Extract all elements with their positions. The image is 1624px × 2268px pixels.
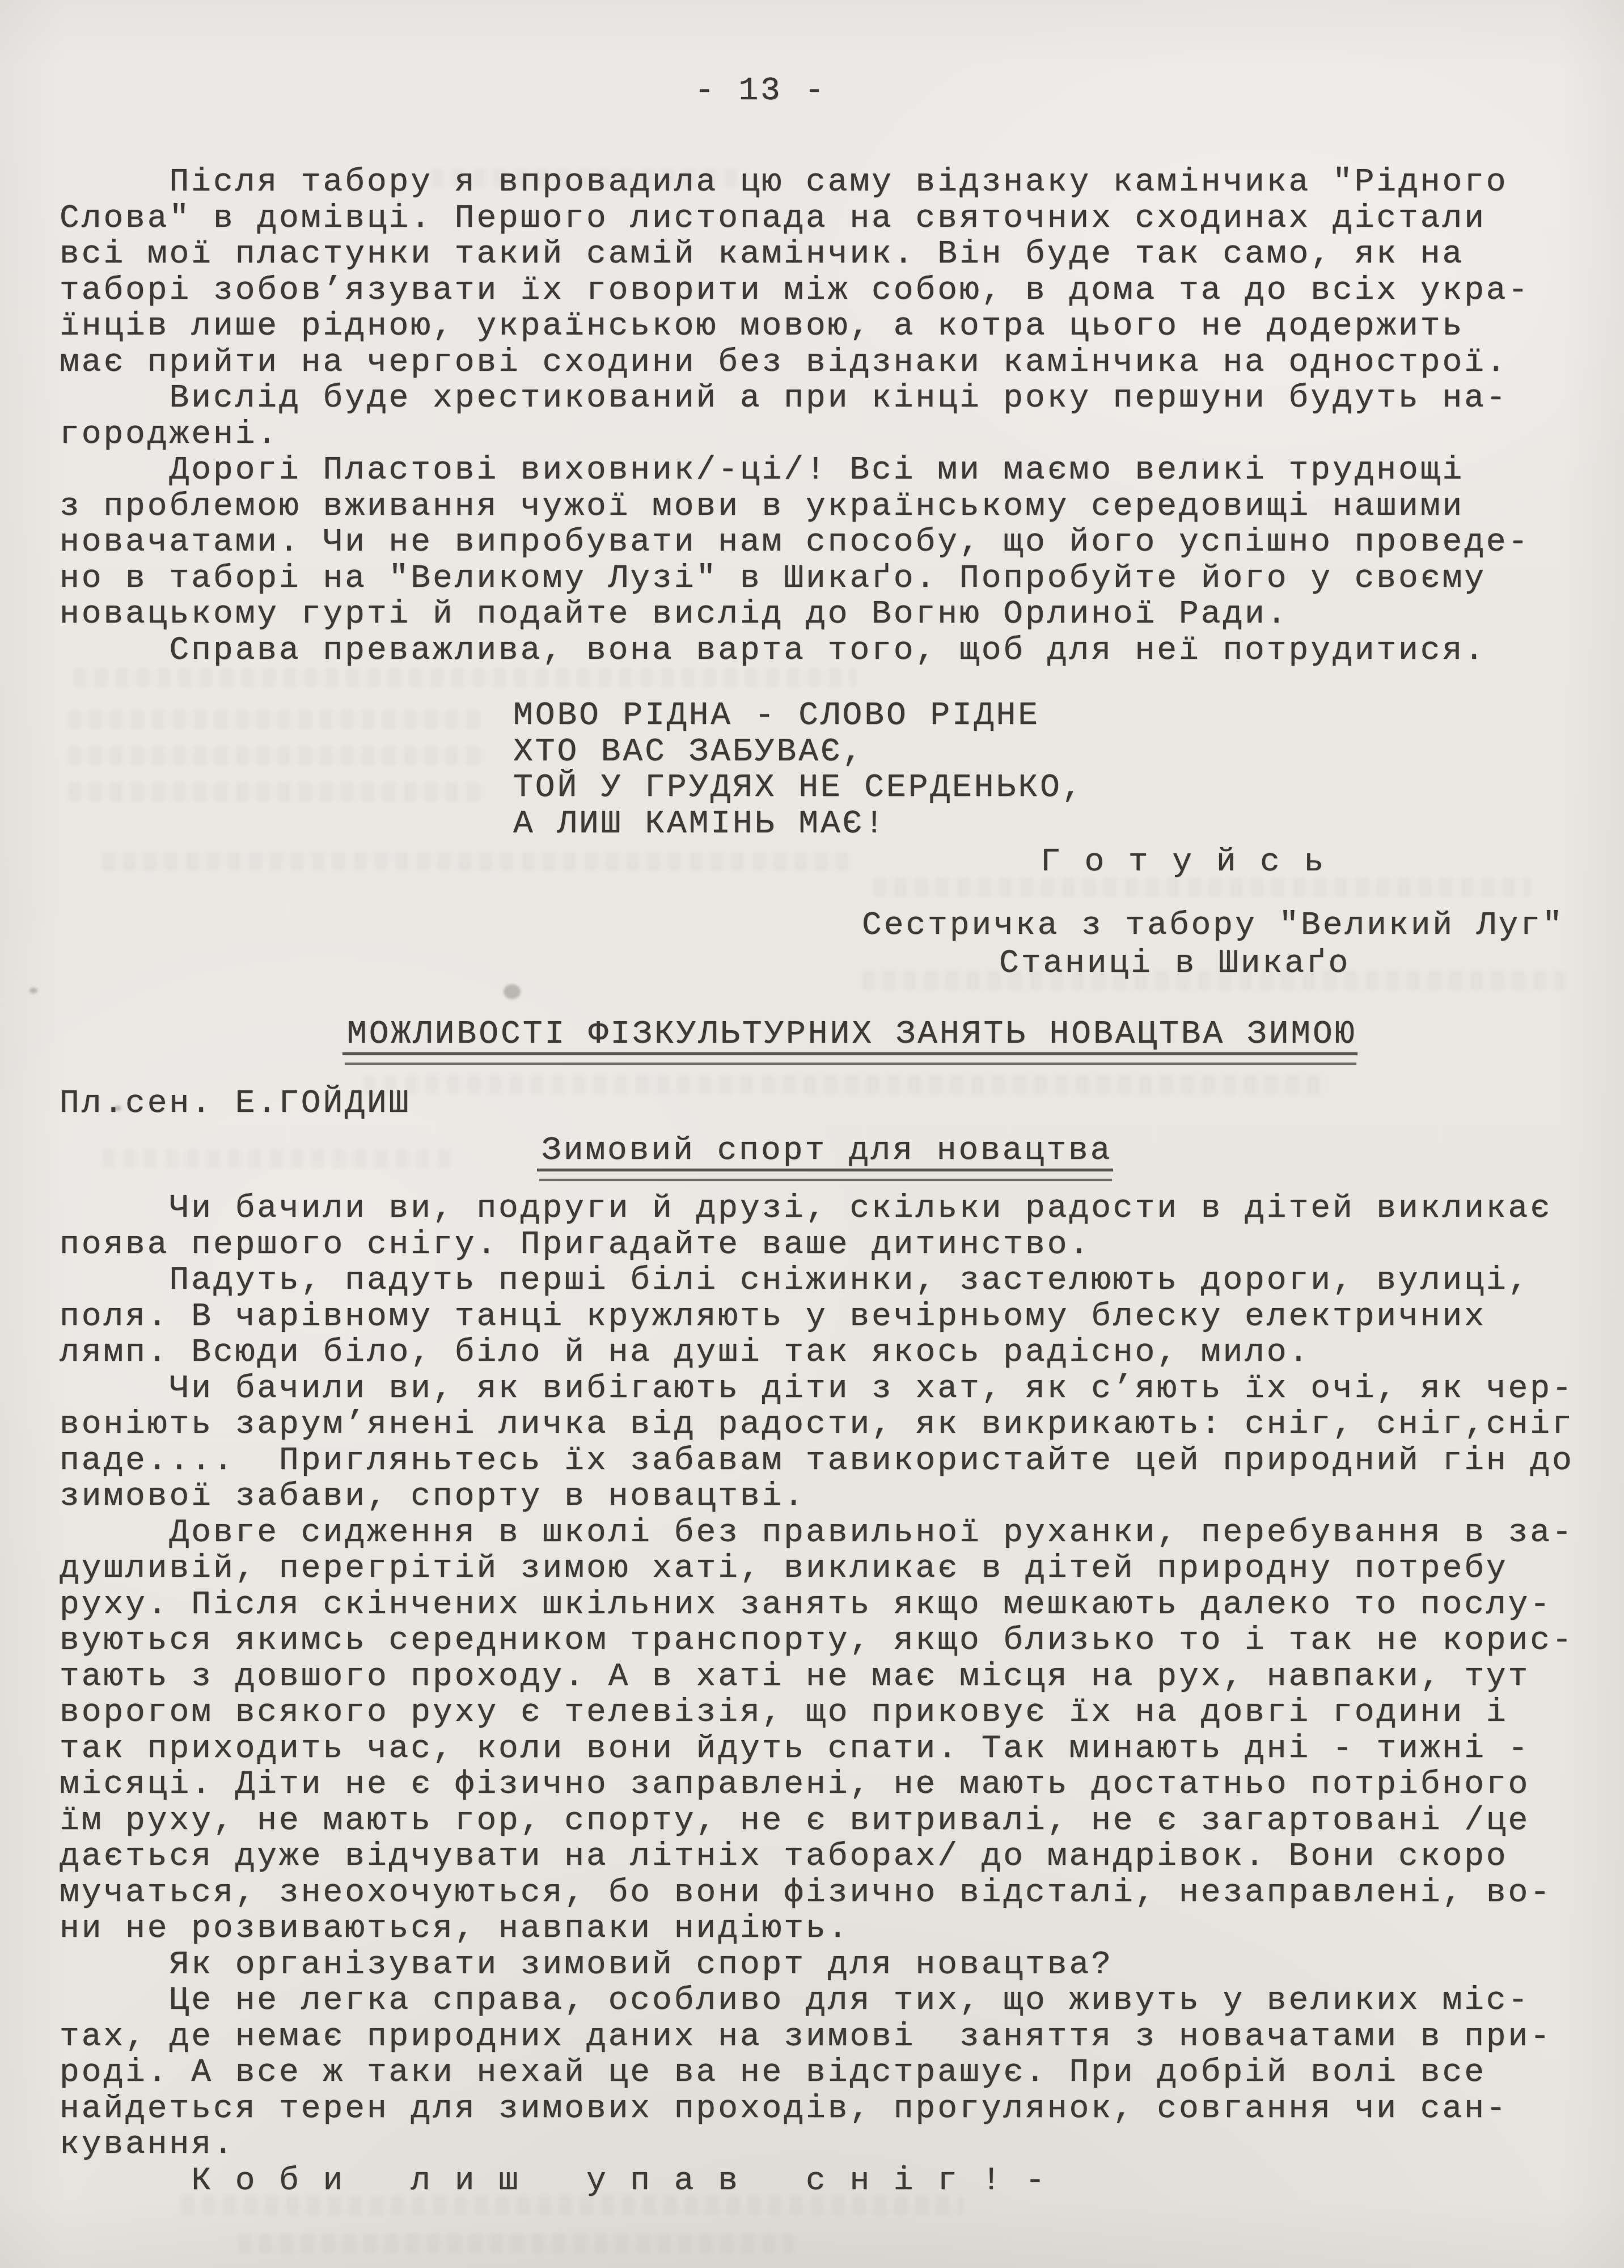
text-line: Слова" в домівці. Першого листопада на с… bbox=[60, 201, 1530, 237]
text-line: Падуть, падуть перші білі сніжинки, заст… bbox=[60, 1263, 1574, 1299]
text-line: має прийти на чергові сходини без відзна… bbox=[60, 345, 1530, 381]
text-line: Як організувати зимовий спорт для новацт… bbox=[60, 1947, 1574, 1983]
text-line: К о б и л и ш у п а в с н і г ! - bbox=[60, 2163, 1574, 2199]
text-line: но в таборі на "Великому Лузі" в Шикаґо.… bbox=[60, 561, 1530, 597]
text-line: вуються якимсь середником транспорту, як… bbox=[60, 1623, 1574, 1659]
ghost-bleed-smudge bbox=[363, 1075, 1327, 1094]
text-line: Дорогі Пластові виховник/-ці/! Всі ми ма… bbox=[60, 452, 1530, 489]
text-line: душливій, перегрітій зимою хаті, виклика… bbox=[60, 1551, 1574, 1587]
text-line: МОВО РІДНА - СЛОВО РІДНЕ bbox=[513, 698, 1084, 734]
text-line: ворогом всякого руху є телевізія, що при… bbox=[60, 1695, 1574, 1731]
text-line: таборі зобов’язувати їх говорити між соб… bbox=[60, 273, 1530, 309]
text-line: місяці. Діти не є фізично заправлені, не… bbox=[60, 1767, 1574, 1803]
text-line: Вислід буде хрестикований а при кінці ро… bbox=[60, 380, 1530, 417]
text-line: лямп. Всюди біло, біло й на душі так яко… bbox=[60, 1335, 1574, 1371]
text-line: роді. А все ж таки нехай це ва не відстр… bbox=[60, 2055, 1574, 2091]
ghost-bleed-smudge bbox=[102, 852, 851, 871]
body-block-1: Після табору я впровадила цю саму відзна… bbox=[60, 164, 1530, 668]
text-line: поява першого снігу. Пригадайте ваше дит… bbox=[60, 1227, 1574, 1263]
text-line: ТОЙ У ГРУДЯХ НЕ СЕРДЕНЬКО, bbox=[513, 770, 1084, 806]
ghost-bleed-smudge bbox=[68, 782, 488, 802]
text-line: тах, де немає природних даних на зимові … bbox=[60, 2019, 1574, 2055]
text-line: ни не розвиваються, навпаки нидіють. bbox=[60, 1911, 1574, 1947]
text-line: ХТО ВАС ЗАБУВАЄ, bbox=[513, 734, 1084, 771]
body-block-2: Чи бачили ви, подруги й друзі, скільки р… bbox=[60, 1191, 1574, 2199]
document-page: - 13 - Після табору я впровадила цю саму… bbox=[0, 0, 1624, 2268]
text-line: з проблемою вживання чужої мови в україн… bbox=[60, 489, 1530, 525]
text-line: Справа преважлива, вона варта того, щоб … bbox=[60, 633, 1530, 669]
text-line: всі мої пластунки такий самій камінчик. … bbox=[60, 236, 1530, 273]
ghost-bleed-smudge bbox=[102, 1149, 454, 1168]
text-line: Чи бачили ви, як вибігають діти з хат, я… bbox=[60, 1371, 1574, 1407]
text-line: тають з довшого проходу. А в хаті не має… bbox=[60, 1659, 1574, 1695]
scan-speck bbox=[504, 984, 521, 999]
text-line: Довге сидження в школі без правильної ру… bbox=[60, 1515, 1574, 1551]
ghost-bleed-smudge bbox=[68, 710, 488, 729]
text-line: мучаться, знеохочуються, бо вони фізично… bbox=[60, 1875, 1574, 1911]
text-line: так приходить час, коли вони йдуть спати… bbox=[60, 1731, 1574, 1767]
text-line: городжені. bbox=[60, 417, 1530, 453]
text-line: паде.... Пригляньтесь їх забавам тавикор… bbox=[60, 1443, 1574, 1479]
text-line: зимової забави, спорту в новацтві. bbox=[60, 1479, 1574, 1515]
text-line: новачатами. Чи не випробувати нам способ… bbox=[60, 524, 1530, 561]
signature-camp: Сестричка з табору "Великий Луг" bbox=[862, 908, 1564, 944]
ready-call: Г о т у й с ь bbox=[1041, 844, 1326, 881]
page-number: - 13 - bbox=[695, 73, 826, 109]
text-line: Це не легка справа, особливо для тих, що… bbox=[60, 1983, 1574, 2019]
text-line: їм руху, не мають гор, спорту, не є витр… bbox=[60, 1803, 1574, 1839]
ghost-bleed-smudge bbox=[238, 2234, 794, 2253]
signature-station: Станиці в Шикаґо bbox=[999, 946, 1350, 982]
text-line: кування. bbox=[60, 2127, 1574, 2163]
text-line: Чи бачили ви, подруги й друзі, скільки р… bbox=[60, 1191, 1574, 1227]
text-line: новацькому гурті й подайте вислід до Вог… bbox=[60, 596, 1530, 633]
text-line: А ЛИШ КАМІНЬ МАЄ! bbox=[513, 806, 1084, 843]
text-line: поля. В чарівному танці кружляють у вечі… bbox=[60, 1299, 1574, 1335]
text-line: воніють зарум’янені личка від радости, я… bbox=[60, 1407, 1574, 1443]
text-line: найдеться терен для зимових проходів, пр… bbox=[60, 2091, 1574, 2127]
article-title: МОЖЛИВОСТІ ФІЗКУЛЬТУРНИХ ЗАНЯТЬ НОВАЦТВА… bbox=[347, 1017, 1356, 1062]
text-line: Після табору я впровадила цю саму відзна… bbox=[60, 164, 1530, 201]
text-line: їнців лише рідною, українською мовою, а … bbox=[60, 308, 1530, 345]
text-line: руху. Після скінчених шкільних занять як… bbox=[60, 1587, 1574, 1623]
ghost-bleed-smudge bbox=[873, 878, 1531, 897]
author-byline: Пл.сен. Е.ГОЙДИШ bbox=[60, 1086, 411, 1122]
ghost-bleed-smudge bbox=[68, 746, 488, 765]
text-line: дається дуже відчувати на літніх таборах… bbox=[60, 1839, 1574, 1875]
section-title: Зимовий спорт для новацтва bbox=[542, 1133, 1112, 1178]
ghost-bleed-smudge bbox=[74, 668, 856, 687]
poem-block: МОВО РІДНА - СЛОВО РІДНЕХТО ВАС ЗАБУВАЄ,… bbox=[513, 698, 1084, 842]
scan-speck bbox=[29, 988, 37, 993]
